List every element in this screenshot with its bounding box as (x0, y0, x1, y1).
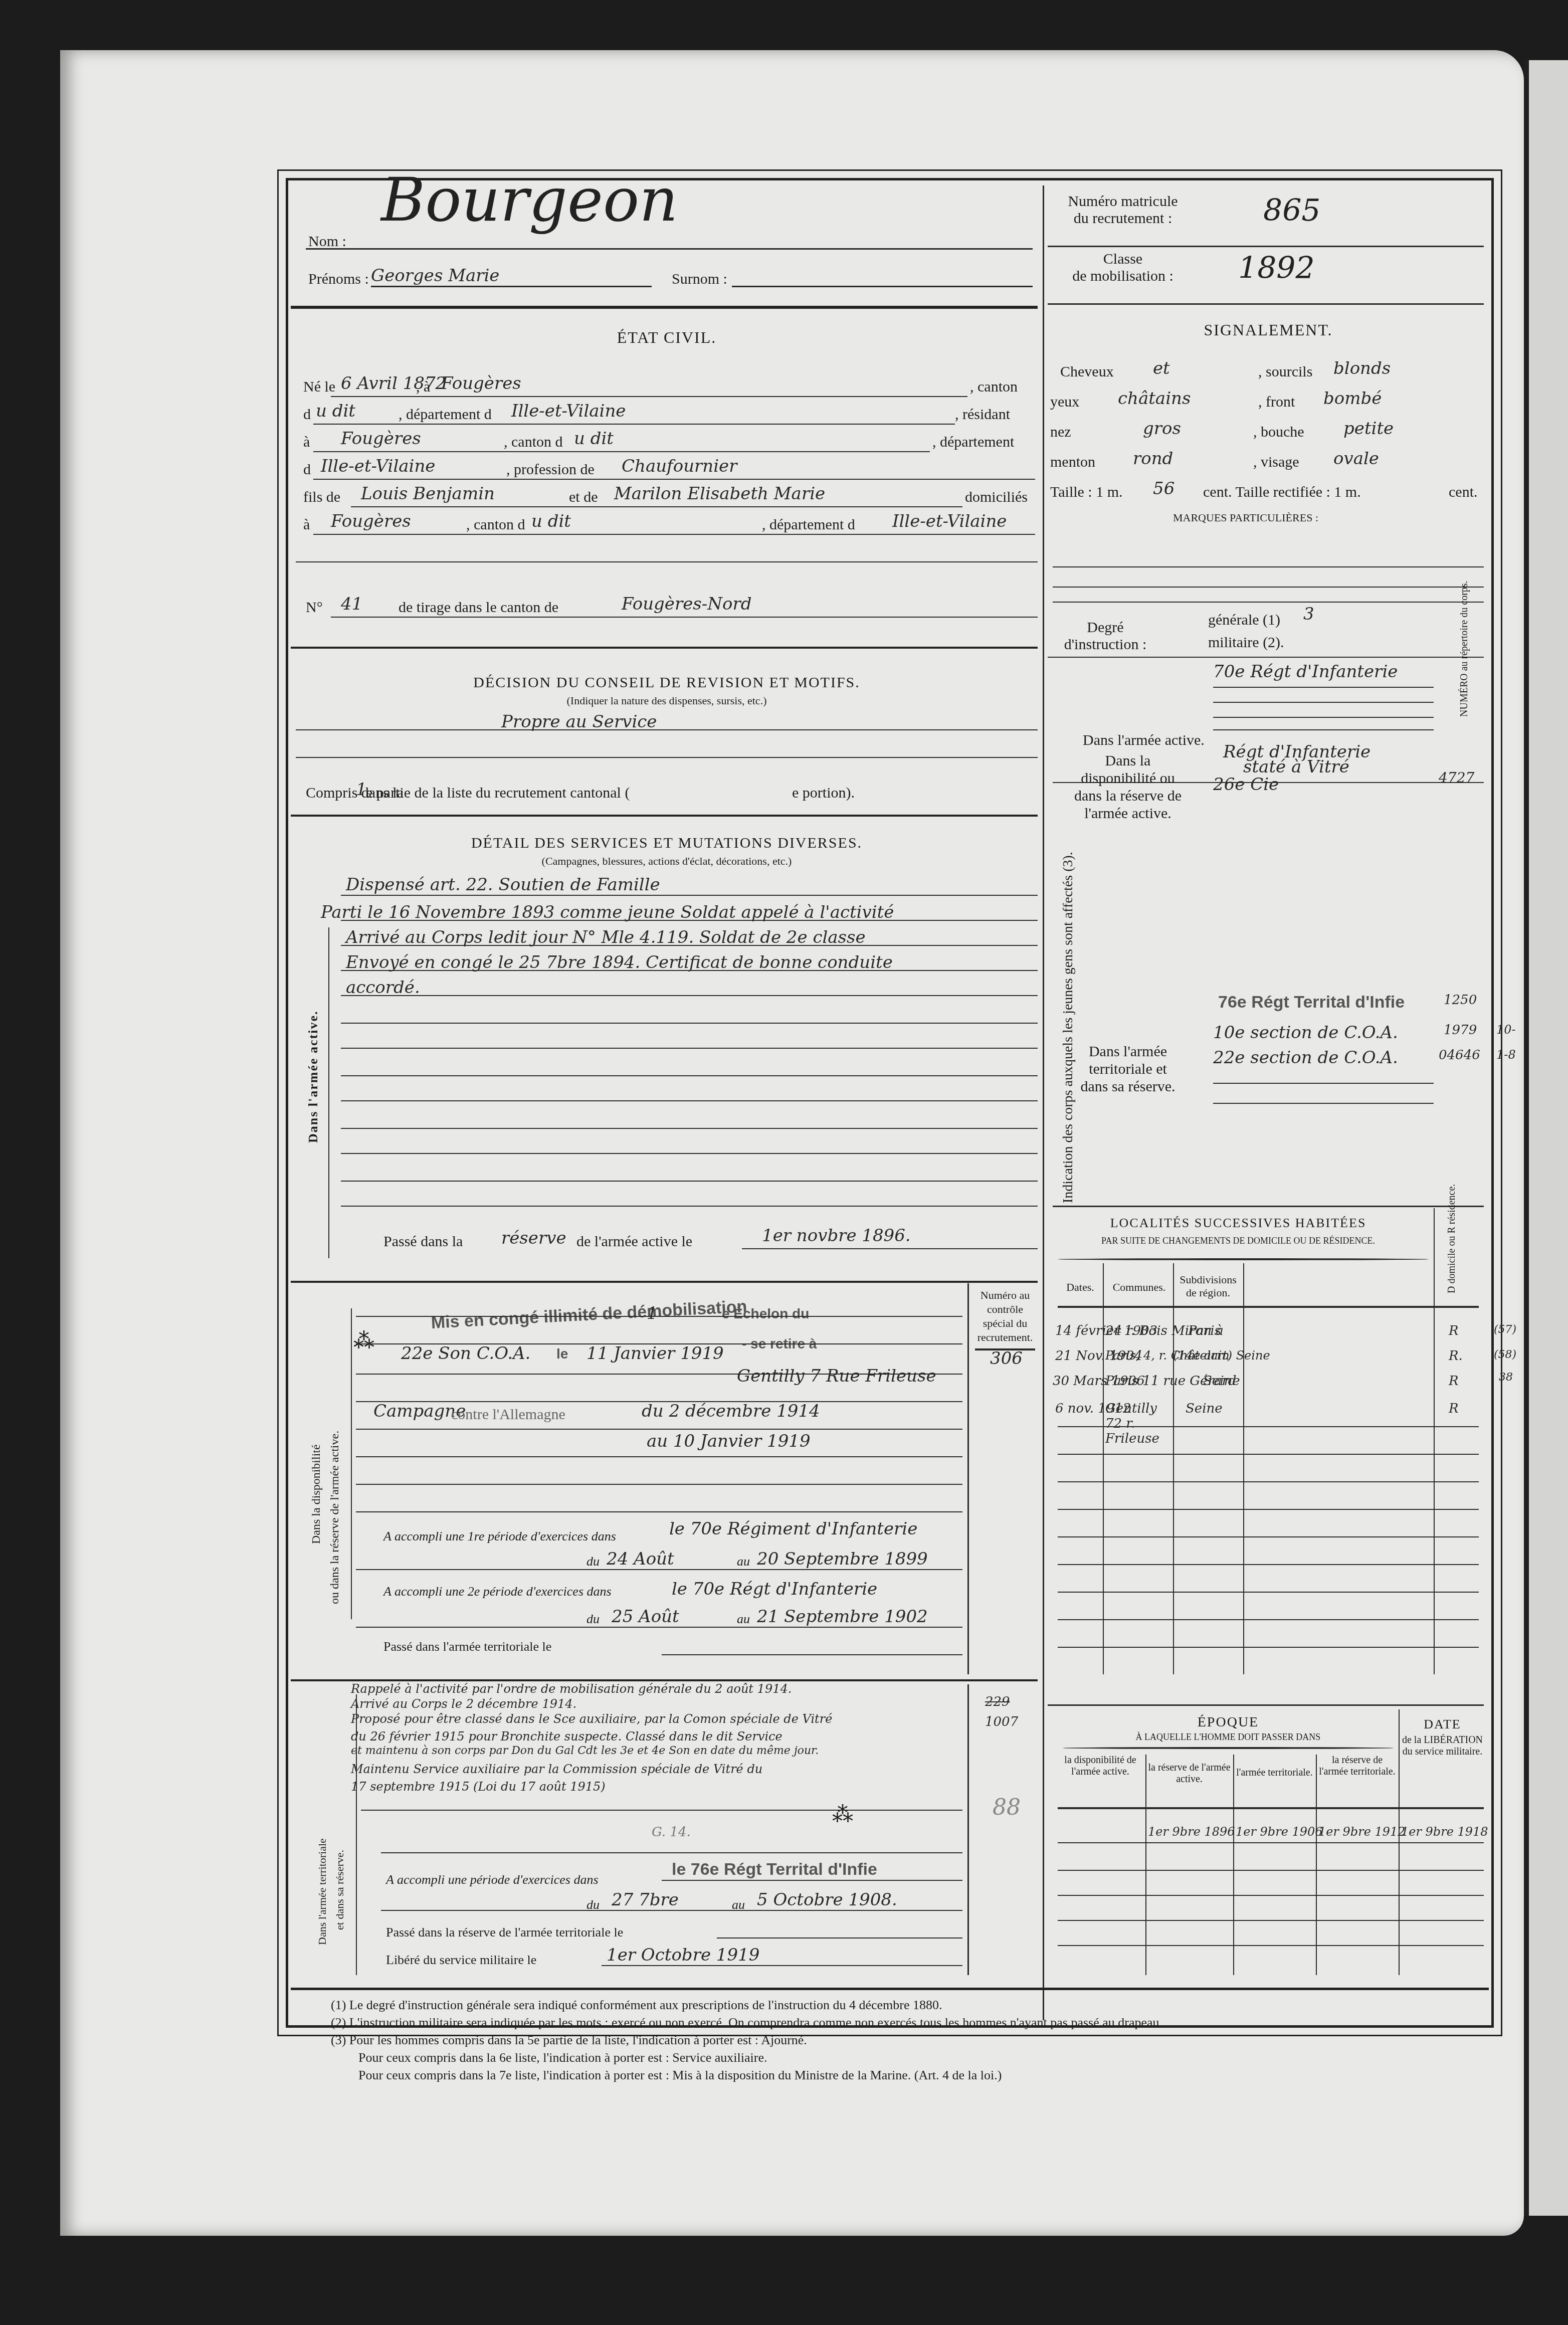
surnom-line (732, 286, 1033, 287)
territoriale-numero-3: 04646 (1439, 1048, 1480, 1063)
column-divider (1043, 185, 1044, 2020)
libere-label: Libéré du service militaire le (386, 1953, 536, 1968)
menton-label: menton (1050, 454, 1095, 471)
territoriale-periode-du-value: 27 7bre (612, 1890, 679, 1910)
ornament-line (1058, 1258, 1429, 1260)
localite-commune-4: Gentilly 72 r. Frileuse (1105, 1401, 1175, 1446)
line (341, 1048, 1038, 1049)
periode1-du-label: du (586, 1554, 600, 1569)
divider (291, 815, 1038, 817)
footnote-1-text: Le degré d'instruction générale sera ind… (349, 1998, 942, 2012)
line (1053, 602, 1484, 603)
line (1213, 1083, 1434, 1084)
nom-value: Bourgeon (381, 165, 678, 235)
localites-col-subdivisions: Subdivisions de région. (1175, 1273, 1241, 1299)
localite-margin-note-3: 38 (1499, 1371, 1513, 1384)
periode2-au-label: au (737, 1612, 750, 1627)
territoriale-line-3: Proposé pour être classé dans le Sce aux… (351, 1712, 832, 1726)
etat-civil-title: ÉTAT CIVIL. (291, 328, 1043, 347)
corps-disponibilite-value-2: staté à Vitré (1243, 757, 1349, 777)
a-label: , à (416, 378, 430, 396)
domicilies-label: domiciliés (965, 489, 1028, 506)
line (662, 1654, 962, 1655)
prenoms-label: Prénoms : (308, 271, 369, 288)
dom-canton-label: , canton d (466, 516, 525, 533)
localites-title: LOCALITÉS SUCCESSIVES HABITÉES (1048, 1216, 1429, 1231)
campagne-du-value: du 2 décembre 1914 (642, 1401, 820, 1421)
epoque-title: ÉPOQUE (1058, 1714, 1399, 1730)
conge-address-value: Gentilly 7 Rue Frileuse (737, 1366, 936, 1386)
passe-reserve-territoriale-label: Passé dans la réserve de l'armée territo… (386, 1925, 623, 1940)
line (341, 1023, 1038, 1024)
corps-territoriale-value-3: 22e section de C.O.A. (1213, 1048, 1398, 1068)
territoriale-numero-1: 1250 (1444, 993, 1477, 1008)
line (1058, 1895, 1484, 1896)
matricule-value: 865 (1263, 193, 1321, 228)
line (296, 729, 1038, 730)
bouche-value: petite (1343, 419, 1394, 439)
ne-le-value: 6 Avril 1872 (341, 373, 446, 394)
service-line-3: Arrivé au Corps ledit jour N° Mle 4.119.… (346, 927, 866, 947)
line (1058, 1536, 1479, 1537)
services-side-label: Dans l'armée active. (306, 1010, 321, 1143)
departement-label: , département d (399, 406, 492, 423)
line (1053, 566, 1484, 567)
passe-reserve-label: Passé dans la (383, 1233, 463, 1250)
cent-label: cent. (1449, 484, 1477, 501)
date-liberation-value: 1er 9bre 1918 (1401, 1825, 1488, 1839)
lieu-naissance-value: Fougères (441, 373, 521, 394)
footnote-3-text: Pour les hommes compris dans la 5e parti… (349, 2033, 807, 2047)
footnote-2-num: (2) (331, 2015, 346, 2030)
line (356, 1374, 962, 1375)
domicile-departement-value: Ille-et-Vilaine (892, 511, 1007, 531)
date-liberation-title: DATE (1401, 1717, 1484, 1732)
taille-value: 56 (1153, 479, 1174, 499)
corps-territoriale-label: Dans l'armée territoriale et dans sa rés… (1078, 1043, 1178, 1095)
territoriale-periode-label: A accompli une période d'exercices dans (386, 1872, 599, 1887)
territoriale-margin-number-2: 1007 (985, 1714, 1018, 1729)
territoriale-line-6: Maintenu Service auxiliaire par la Commi… (351, 1762, 762, 1776)
line (1213, 1103, 1434, 1104)
nom-label: Nom : (308, 233, 346, 250)
conge-echelon-label: e Échelon du (722, 1306, 809, 1322)
decision-title: DÉCISION DU CONSEIL DE REVISION ET MOTIF… (291, 674, 1043, 691)
pere-value: Louis Benjamin (361, 484, 495, 504)
militaire-label: militaire (2). (1208, 634, 1284, 651)
margin-divider (967, 1684, 969, 1975)
localites-col-dates: Dates. (1058, 1281, 1103, 1294)
note-g14: G. 14. (652, 1825, 691, 1840)
localites-col-type: D domicile ou R résidence. (1446, 1213, 1458, 1293)
canton-value: u dit (316, 401, 355, 421)
bouche-label: , bouche (1253, 424, 1304, 441)
asterism-icon: ⁂ (832, 1802, 853, 1827)
canton-label: , canton (970, 378, 1018, 396)
line (1058, 1842, 1484, 1843)
line (1058, 1454, 1479, 1455)
col-divider (1233, 1755, 1234, 1975)
line (1058, 1481, 1479, 1482)
line (1058, 1509, 1479, 1510)
conge-date-value: 11 Janvier 1919 (586, 1343, 724, 1364)
line (1058, 1426, 1479, 1427)
libere-value: 1er Octobre 1919 (607, 1945, 759, 1965)
localites-subtitle: PAR SUITE DE CHANGEMENTS DE DOMICILE OU … (1048, 1236, 1429, 1246)
numero-controle-label: Numéro au contrôle spécial du recrutemen… (972, 1288, 1038, 1344)
disponibilite-side-label-2: ou dans la réserve de l'armée active. (328, 1431, 342, 1604)
corps-disponibilite-value-3: 26e Cie (1213, 774, 1279, 795)
line (341, 995, 1038, 996)
brace-line (351, 1308, 352, 1619)
line (1058, 1592, 1479, 1593)
departement2-label: , département (932, 434, 1014, 451)
line (313, 534, 1035, 535)
line (361, 1810, 962, 1811)
footnote-2: (2) L'instruction militaire sera indiqué… (331, 2015, 1162, 2030)
yeux-label: yeux (1050, 394, 1079, 411)
territoriale-periode-au-value: 5 Octobre 1908. (757, 1890, 897, 1910)
compris-suffix: e partie de la liste du recrutement cant… (366, 785, 630, 802)
line (296, 561, 1038, 562)
line (1053, 1206, 1484, 1207)
territoriale-line-1: Rappelé à l'activité par l'ordre de mobi… (351, 1682, 792, 1696)
header-divider (291, 306, 1038, 309)
dom-a-label: à (303, 516, 310, 533)
footnote-1: (1) Le degré d'instruction générale sera… (331, 1998, 942, 2013)
portion-label: e portion). (792, 785, 855, 802)
footnote-3-num: (3) (331, 2033, 346, 2047)
line (381, 1910, 962, 1911)
periode2-du-label: du (586, 1612, 600, 1627)
line (1058, 1920, 1484, 1921)
line (1213, 702, 1434, 703)
line (341, 895, 1038, 896)
line (742, 1248, 1038, 1249)
compris-value: 1 (356, 780, 367, 800)
line (331, 617, 1038, 618)
line (356, 1343, 962, 1344)
departement2-d-label: d (303, 461, 311, 478)
line (356, 1569, 962, 1570)
localite-margin-note-1: (57) (1494, 1323, 1516, 1336)
territoriale-line-2: Arrivé au Corps le 2 décembre 1914. (351, 1697, 576, 1711)
sourcils-value: blonds (1333, 358, 1391, 378)
residant-a-label: à (303, 434, 310, 451)
line (341, 920, 1038, 921)
yeux-value: châtains (1118, 389, 1191, 409)
localites-col-communes: Communes. (1105, 1281, 1173, 1294)
front-value: bombé (1323, 389, 1382, 409)
corps-active-label: Dans l'armée active. (1083, 732, 1163, 749)
epoque-value-reserve-territoriale: 1er 9bre 1912 (1318, 1825, 1406, 1839)
territoriale-margin-2: 1-8 (1496, 1048, 1516, 1062)
tirage-label: de tirage dans le canton de (399, 599, 558, 616)
line (331, 396, 967, 397)
corps-disponibilite-numero: 4727 (1439, 769, 1474, 786)
prenoms-value: Georges Marie (371, 266, 499, 286)
periode1-du-value: 24 Août (607, 1549, 674, 1569)
fils-de-label: fils de (303, 489, 340, 506)
localite-subdivision-4: Seine (1186, 1401, 1223, 1416)
line (313, 479, 1035, 480)
line (356, 1429, 962, 1430)
no-tirage-label: N° (306, 599, 323, 616)
territoriale-numero-2: 1979 (1444, 1023, 1477, 1038)
line (1058, 1870, 1484, 1871)
localite-margin-note-2: (58) (1494, 1348, 1516, 1361)
matricule-label: Numéro matricule du recrutement : (1053, 193, 1193, 227)
line (717, 1937, 962, 1939)
footnote-1-num: (1) (331, 1998, 346, 2012)
epoque-subtitle: À LAQUELLE L'HOMME DOIT PASSER DANS (1058, 1732, 1399, 1742)
line (313, 424, 955, 425)
corps-disponibilite-label: Dans la disponibilité ou dans la réserve… (1073, 752, 1183, 822)
next-page-edge (1524, 60, 1568, 2216)
numero-controle-value: 306 (990, 1348, 1023, 1369)
classe-divider (1048, 303, 1484, 305)
visage-label: , visage (1253, 454, 1299, 471)
divider (291, 647, 1038, 649)
service-line-2: Parti le 16 Novembre 1893 comme jeune So… (321, 902, 894, 922)
footnote-3: (3) Pour les hommes compris dans la 5e p… (331, 2033, 807, 2048)
classe-label-1: Classe (1053, 251, 1193, 268)
service-line-1: Dispensé art. 22. Soutien de Famille (346, 875, 660, 895)
territoriale-margin-number-1: 229 (985, 1694, 1010, 1709)
menton-value: rond (1133, 449, 1173, 469)
col-divider (1316, 1755, 1317, 1975)
divider (291, 1679, 1038, 1681)
ornament-line (1063, 1747, 1394, 1749)
line (341, 1206, 1038, 1207)
classe-label-2: de mobilisation : (1053, 268, 1193, 285)
epoque-col-territoriale: l'armée territoriale. (1236, 1767, 1313, 1779)
matricule-label-2: du recrutement : (1053, 210, 1193, 227)
line (356, 1511, 962, 1512)
territoriale-side-label-2: et dans sa réserve. (333, 1850, 346, 1930)
profession-label: , profession de (506, 461, 595, 478)
periode2-du-value: 25 Août (612, 1607, 679, 1627)
col-divider (1434, 1208, 1435, 1674)
decision-value: Propre au Service (501, 712, 657, 732)
localite-type-4: R (1449, 1401, 1459, 1416)
line (662, 1880, 962, 1881)
ne-le-label: Né le (303, 378, 335, 396)
cheveux-value: et (1153, 358, 1170, 378)
numero-repertoire-label: NUMÉRO au répertoire du corps. (1459, 580, 1470, 717)
territoriale-margin-1: 10- (1496, 1023, 1516, 1037)
taille-rectifiee-label: cent. Taille rectifiée : 1 m. (1203, 484, 1361, 501)
services-title: DÉTAIL DES SERVICES ET MUTATIONS DIVERSE… (291, 835, 1043, 852)
periode2-unit-value: le 70e Régt d'Infanterie (672, 1579, 877, 1599)
localite-subdivision-2: (14e arrt) Seine (1173, 1348, 1270, 1363)
degre-label-1: Degré (1063, 619, 1148, 636)
nez-value: gros (1143, 419, 1181, 439)
territoriale-line-7: 17 septembre 1915 (Loi du 17 août 1915) (351, 1780, 606, 1794)
taille-label: Taille : 1 m. (1050, 484, 1123, 501)
conge-le-label: le (556, 1346, 568, 1362)
domicile-canton-value: u dit (531, 511, 571, 531)
localite-subdivision-1: Paris (1188, 1323, 1221, 1338)
residant-canton-value: u dit (574, 429, 614, 449)
generale-value: 3 (1303, 604, 1314, 624)
territoriale-side-label-1: Dans l'armée territoriale (316, 1838, 329, 1945)
footnote-2-text: L'instruction militaire sera indiquée pa… (349, 2015, 1162, 2030)
corps-affectes-side-label: Indication des corps auxquels les jeunes… (1060, 852, 1076, 1203)
periode1-label: A accompli une 1re période d'exercices d… (383, 1529, 616, 1544)
residant-value: Fougères (341, 429, 421, 449)
line (341, 1100, 1038, 1101)
periode2-au-value: 21 Septembre 1902 (757, 1607, 928, 1627)
mere-value: Marilon Elisabeth Marie (614, 484, 825, 504)
corps-territoriale-value-1: 76e Régt Territal d'Infie (1218, 993, 1405, 1012)
periode1-au-value: 20 Septembre 1899 (757, 1549, 928, 1569)
line (1058, 1306, 1479, 1308)
territoriale-line-4: du 26 février 1915 pour Bronchite suspec… (351, 1729, 782, 1743)
residant-departement-value: Ille-et-Vilaine (321, 456, 435, 476)
footnotes-divider (291, 1988, 1489, 1990)
localite-type-2: R. (1449, 1348, 1463, 1364)
line (1058, 1619, 1479, 1620)
residant-label: , résidant (955, 406, 1010, 423)
classe-label: Classe de mobilisation : (1053, 251, 1193, 285)
periode2-label: A accompli une 2e période d'exercices da… (383, 1584, 612, 1599)
line (381, 1852, 962, 1853)
dom-dept-label: , département d (762, 516, 855, 533)
service-line-5: accordé. (346, 978, 420, 998)
canton-du-label: , canton d (504, 434, 562, 451)
passe-active-label: de l'armée active le (576, 1233, 692, 1250)
periode1-au-label: au (737, 1554, 750, 1569)
territoriale-periode-unit: le 76e Régt Territal d'Infie (672, 1860, 877, 1879)
passe-reserve-value: réserve (501, 1228, 566, 1248)
visage-value: ovale (1333, 449, 1379, 469)
line (1058, 1945, 1484, 1946)
line (313, 451, 930, 452)
matricule-divider (1048, 246, 1484, 247)
territoriale-line-5: et maintenu à son corps par Don du Gal C… (351, 1745, 819, 1757)
passe-reserve-date: 1er novbre 1896. (762, 1226, 911, 1246)
line (1213, 729, 1434, 730)
front-label: , front (1258, 394, 1295, 411)
line (341, 1153, 1038, 1154)
localite-type-3: R (1449, 1374, 1459, 1389)
cheveux-label: Cheveux (1060, 363, 1114, 380)
line (356, 1316, 962, 1317)
line (1058, 1807, 1484, 1809)
campagne-print-label: contre l'Allemagne (451, 1406, 565, 1423)
line (1213, 687, 1434, 688)
surnom-label: Surnom : (672, 271, 727, 288)
line (351, 506, 962, 507)
signalement-title: SIGNALEMENT. (1048, 321, 1489, 339)
line (1048, 1704, 1484, 1706)
nom-line (306, 248, 1033, 250)
line (1213, 717, 1434, 718)
col-divider (1243, 1263, 1244, 1674)
campagne-au-value: au 10 Janvier 1919 (647, 1431, 811, 1451)
prenoms-line (371, 286, 652, 287)
numero-controle-divider (967, 1283, 969, 1674)
conge-echelon-value: 1 (647, 1303, 658, 1323)
line (1058, 1564, 1479, 1565)
domicile-value: Fougères (331, 511, 411, 531)
epoque-col-disponibilite: la disponibilité de l'armée active. (1058, 1755, 1143, 1778)
line (341, 945, 1038, 946)
footnote-5: Pour ceux compris dans la 7e liste, l'in… (358, 2068, 1002, 2083)
sourcils-label: , sourcils (1258, 363, 1312, 380)
corps-territoriale-value-2: 10e section de C.O.A. (1213, 1023, 1398, 1043)
services-subtitle: (Campagnes, blessures, actions d'éclat, … (291, 855, 1043, 868)
line (296, 757, 1038, 758)
classe-value: 1892 (1238, 251, 1315, 286)
epoque-col-reserve-territoriale: la réserve de l'armée territoriale. (1318, 1755, 1396, 1778)
line (341, 1181, 1038, 1182)
degre-instruction-label: Degré d'instruction : (1063, 619, 1148, 653)
line (356, 1456, 962, 1457)
no-tirage-value: 41 (341, 594, 362, 614)
et-de-label: et de (569, 489, 598, 506)
line (1048, 657, 1484, 658)
generale-label: générale (1) (1208, 612, 1280, 629)
epoque-col-reserve-active: la réserve de l'armée active. (1148, 1762, 1231, 1785)
line (1053, 587, 1484, 588)
epoque-value-territoriale: 1er 9bre 1906 (1236, 1825, 1323, 1839)
line (356, 1627, 962, 1628)
service-line-4: Envoyé en congé le 25 7bre 1894. Certifi… (346, 952, 893, 973)
line (341, 970, 1038, 971)
line (341, 1128, 1038, 1129)
date-liberation-label: de la LIBÉRATION du service militaire. (1401, 1734, 1484, 1758)
degre-label-2: d'instruction : (1063, 636, 1148, 653)
conge-unit-value: 22e Son C.O.A. (401, 1343, 530, 1364)
decision-subtitle: (Indiquer la nature des dispenses, sursi… (291, 694, 1043, 707)
nez-label: nez (1050, 424, 1071, 441)
disponibilite-side-label-1: Dans la disponibilité (310, 1444, 323, 1544)
asterism-icon: ⁂ (353, 1328, 374, 1353)
line (1058, 1647, 1479, 1648)
localite-type-1: R (1449, 1323, 1459, 1338)
passe-territoriale-label: Passé dans l'armée territoriale le (383, 1639, 551, 1654)
epoque-value-reserve-active: 1er 9bre 1896 (1148, 1825, 1235, 1839)
col-divider (1145, 1755, 1146, 1975)
canton-d-label: d (303, 406, 311, 423)
territoriale-margin-number-3: 88 (993, 1795, 1021, 1820)
marques-particulieres-label: MARQUES PARTICULIÈRES : (1173, 511, 1318, 524)
localite-subdivision-3: Seine (1203, 1374, 1240, 1389)
footnote-4: Pour ceux compris dans la 6e liste, l'in… (358, 2050, 767, 2065)
line (602, 1965, 962, 1966)
periode1-unit-value: le 70e Régiment d'Infanterie (669, 1519, 917, 1539)
divider (291, 1281, 1038, 1283)
matricule-label-1: Numéro matricule (1053, 193, 1193, 210)
departement-value: Ille-et-Vilaine (511, 401, 626, 421)
profession-value: Chaufournier (622, 456, 737, 476)
brace-line (328, 927, 329, 1258)
line (356, 1484, 962, 1485)
corps-active-value: 70e Régt d'Infanterie (1213, 662, 1398, 682)
tirage-canton-value: Fougères-Nord (622, 594, 752, 614)
line (341, 1075, 1038, 1076)
